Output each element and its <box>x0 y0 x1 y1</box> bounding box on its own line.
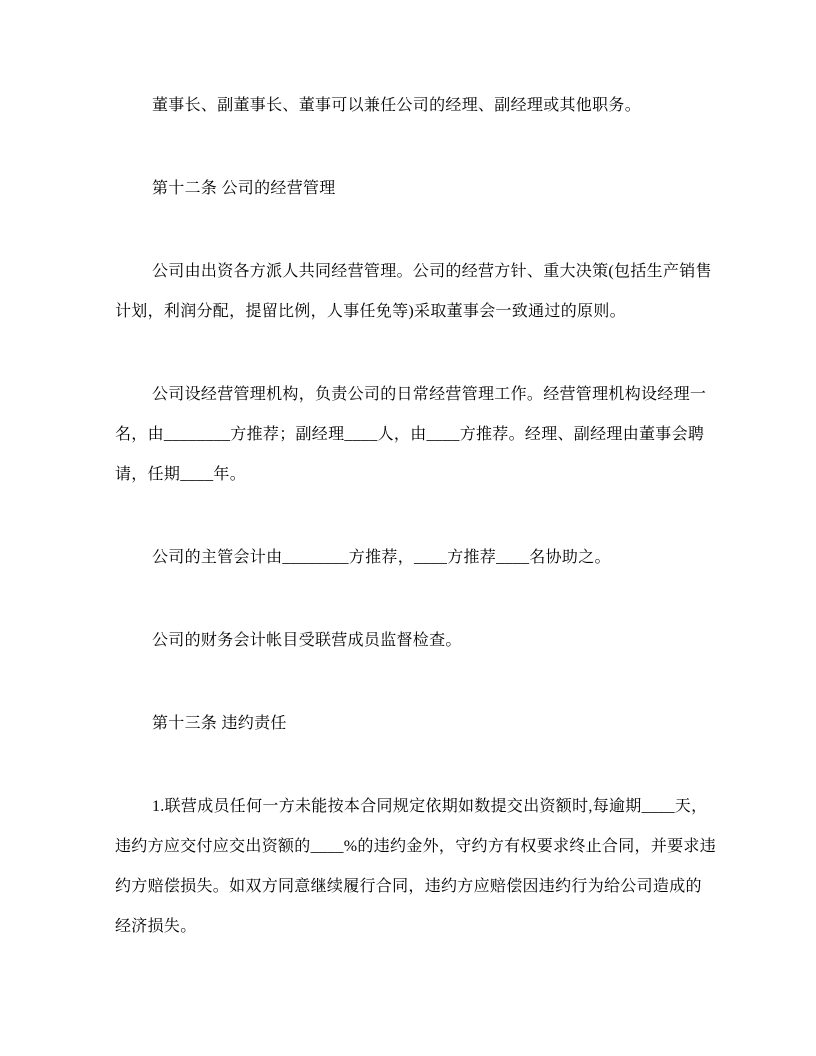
document-line: 第十三条 违约责任 <box>115 704 701 744</box>
document-line: 公司的财务会计帐目受联营成员监督检查。 <box>115 621 701 661</box>
document-line: 经济损失。 <box>115 907 701 947</box>
paragraph: 公司设经营管理机构，负责公司的日常经营管理工作。经营管理机构设经理一 名，由__… <box>115 375 701 495</box>
document-line: 违约方应交付应交出资额的____%的违约金外，守约方有权要求终止合同，并要求违 <box>115 827 701 867</box>
paragraph: 公司的主管会计由________方推荐，____方推荐____名协助之。 <box>115 538 701 578</box>
section-heading: 第十三条 违约责任 <box>115 704 701 744</box>
paragraph: 董事长、副董事长、董事可以兼任公司的经理、副经理或其他职务。 <box>115 86 701 126</box>
section-heading: 第十二条 公司的经营管理 <box>115 169 701 209</box>
paragraph: 公司的财务会计帐目受联营成员监督检查。 <box>115 621 701 661</box>
document-line: 1.联营成员任何一方未能按本合同规定依期如数提交出资额时,每逾期____天， <box>115 787 701 827</box>
paragraph: 1.联营成员任何一方未能按本合同规定依期如数提交出资额时,每逾期____天， 违… <box>115 787 701 947</box>
paragraph: 公司由出资各方派人共同经营管理。公司的经营方针、重大决策(包括生产销售 计划，利… <box>115 252 701 332</box>
document-line: 公司由出资各方派人共同经营管理。公司的经营方针、重大决策(包括生产销售 <box>115 252 701 292</box>
document-line: 名，由________方推荐；副经理____人，由____方推荐。经理、副经理由… <box>115 415 701 455</box>
document-line: 董事长、副董事长、董事可以兼任公司的经理、副经理或其他职务。 <box>115 86 701 126</box>
document-line: 第十二条 公司的经营管理 <box>115 169 701 209</box>
document-line: 约方赔偿损失。如双方同意继续履行合同，违约方应赔偿因违约行为给公司造成的 <box>115 867 701 907</box>
document-line: 公司的主管会计由________方推荐，____方推荐____名协助之。 <box>115 538 701 578</box>
document-line: 计划，利润分配，提留比例，人事任免等)采取董事会一致通过的原则。 <box>115 292 701 332</box>
document-line: 公司设经营管理机构，负责公司的日常经营管理工作。经营管理机构设经理一 <box>115 375 701 415</box>
document-line: 请，任期____年。 <box>115 455 701 495</box>
document-page: 董事长、副董事长、董事可以兼任公司的经理、副经理或其他职务。 第十二条 公司的经… <box>0 0 816 1056</box>
